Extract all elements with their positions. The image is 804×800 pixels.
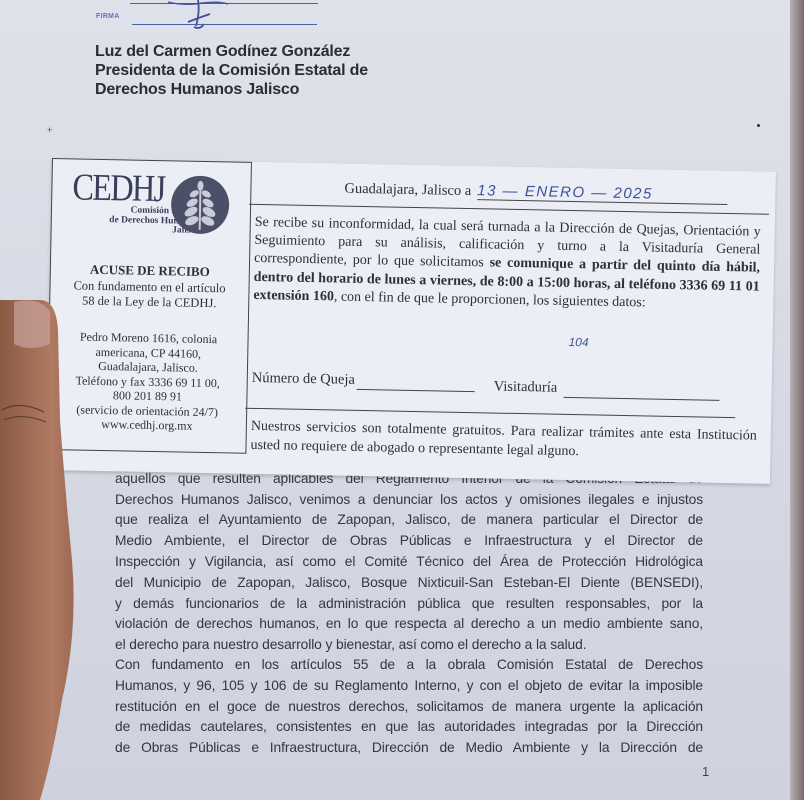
paragraph-line: de medidas cautelares, consistentes en q… <box>115 717 703 738</box>
acuse-intro-text: Se recibe su inconformidad, la cual será… <box>253 214 761 315</box>
firma-line <box>132 24 317 25</box>
divider <box>245 408 735 418</box>
acuse-de-recibo-slip: CEDHJ Comisión Estatal de Derechos Human… <box>46 158 776 484</box>
paragraph-line: el derecho para nuestro desarrollo y bie… <box>115 635 703 656</box>
field-visitaduria: Visitaduría <box>494 379 720 401</box>
signer-title-2: Derechos Humanos Jalisco <box>95 80 368 99</box>
queja-label: Número de Queja <box>252 370 355 388</box>
cedhj-logo-text: CEDHJ <box>72 165 165 211</box>
paragraph-line: que realiza el Ayuntamiento de Zapopan, … <box>115 510 703 531</box>
extension-handwritten: 104 <box>568 335 588 349</box>
field-numero-queja: Número de Queja <box>252 370 475 392</box>
queja-input[interactable] <box>357 372 475 392</box>
complaint-paragraph-2: Con fundamento en los artículos 55 de a … <box>115 655 703 759</box>
acuse-left-panel: CEDHJ Comisión Estatal de Derechos Human… <box>46 158 252 454</box>
paragraph-line: Derechos Humanos Jalisco, venimos a denu… <box>115 490 703 511</box>
signer-name: Luz del Carmen Godínez González <box>95 42 368 61</box>
paragraph-line: violación de derechos humanos, en lo que… <box>115 614 703 635</box>
stray-dot <box>757 124 760 127</box>
paragraph-line: del Municipio de Zapopan, Jalisco, Bosqu… <box>115 573 703 594</box>
acuse-address: Pedro Moreno 1616, colonia americana, CP… <box>48 329 248 434</box>
acuse-basis: Con fundamento en el artículo 58 de la L… <box>50 278 249 312</box>
signature-scribble <box>128 0 248 32</box>
visitaduria-label: Visitaduría <box>494 379 558 396</box>
free-services-text: Nuestros servicios son totalmente gratui… <box>250 418 757 465</box>
acuse-right-panel: Guadalajara, Jalisco a13 — ENERO — 2025 … <box>244 162 776 472</box>
paragraph-line: y demás funcionarios de la administració… <box>115 594 703 615</box>
signer-block: Luz del Carmen Godínez González Presiden… <box>95 42 368 99</box>
stray-mark: + <box>47 125 52 135</box>
paragraph-line: restitución en el goce de nuestros derec… <box>115 697 703 718</box>
place-prefix: Guadalajara, Jalisco a <box>344 181 471 199</box>
divider <box>249 204 769 215</box>
paragraph-line: Humanos, y 96, 105 y 106 de su Reglament… <box>115 676 703 697</box>
paragraph-line: Medio Ambiente, el Director de Obras Púb… <box>115 531 703 552</box>
paragraph-line: Con fundamento en los artículos 55 de a … <box>115 655 703 676</box>
paragraph-line: de Obras Públicas e Infraestructura, Dir… <box>115 738 703 759</box>
visitaduria-input[interactable] <box>563 380 719 401</box>
place-date: Guadalajara, Jalisco a13 — ENERO — 2025 <box>344 180 727 205</box>
firma-label: FIRMA <box>96 13 120 20</box>
intro-text-part: , con el fin de que le proporcionen, los… <box>334 289 646 310</box>
page-edge <box>790 0 804 800</box>
page-number: 1 <box>702 764 709 779</box>
signer-title-1: Presidenta de la Comisión Estatal de <box>95 61 368 80</box>
date-handwritten: 13 — ENERO — 2025 <box>477 182 727 205</box>
paragraph-line: Inspección y Vigilancia, así como el Com… <box>115 552 703 573</box>
cedhj-emblem-icon <box>170 173 231 236</box>
